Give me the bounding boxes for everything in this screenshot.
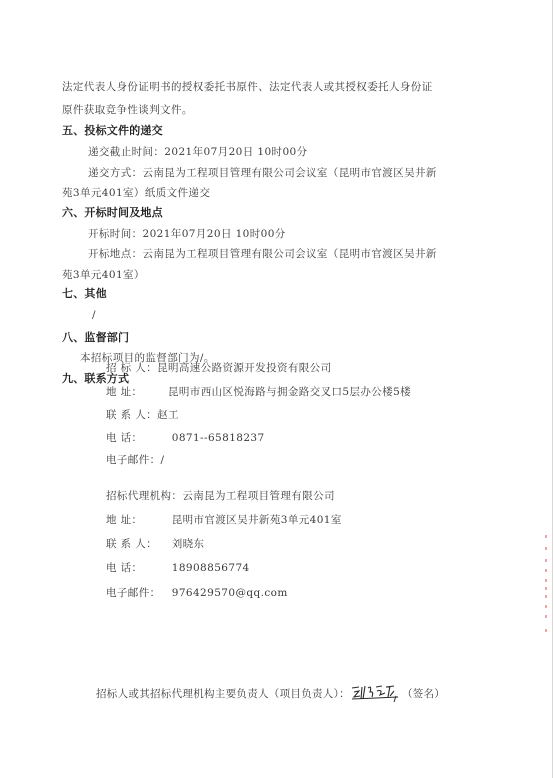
agency-contact-label: 联 系 人： bbox=[106, 537, 168, 551]
agency-contact: 联 系 人： 刘晓东 bbox=[106, 537, 204, 551]
agency-name: 招标代理机构：云南昆为工程项目管理有限公司 bbox=[106, 489, 335, 503]
agency-name-label: 招标代理机构： bbox=[106, 489, 182, 503]
submission-deadline: 递交截止时间：2021年07月20日 10时00分 bbox=[88, 145, 308, 159]
agency-address: 地 址： 昆明市官渡区吴井新苑3单元401室 bbox=[106, 513, 342, 527]
tenderer-contact-value: 赵工 bbox=[157, 409, 179, 421]
agency-address-label: 地 址： bbox=[106, 513, 168, 527]
section-6-heading: 六、开标时间及地点 bbox=[62, 206, 163, 220]
agency-email-value: 976429570@qq.com bbox=[168, 587, 288, 599]
tenderer-email: 电子邮件：/ bbox=[106, 453, 164, 467]
opening-place-line-2: 苑3单元401室） bbox=[62, 268, 145, 282]
tenderer-email-value: / bbox=[161, 454, 165, 466]
agency-address-value: 昆明市官渡区吴井新苑3单元401室 bbox=[168, 514, 342, 526]
agency-contact-value: 刘晓东 bbox=[168, 538, 204, 550]
tenderer-contact: 联 系 人：赵工 bbox=[106, 408, 179, 422]
agency-email-label: 电子邮件： bbox=[106, 586, 168, 600]
tenderer-phone-value: 0871--65818237 bbox=[168, 432, 265, 444]
tenderer-name: 招 标 人：昆明高速公路资源开发投资有限公司 bbox=[106, 361, 331, 375]
page-edge-stamp-marks bbox=[545, 535, 549, 635]
document-page: 法定代表人身份证明书的授权委托书原件、法定代表人或其授权委托人身份证 原件获取竞… bbox=[0, 0, 553, 778]
signature-suffix: （签名） bbox=[402, 688, 445, 700]
tenderer-phone-label: 电 话： bbox=[106, 431, 168, 445]
agency-phone-value: 18908856774 bbox=[168, 562, 250, 574]
handwritten-signature-icon bbox=[350, 683, 402, 701]
section-8-heading: 八、监督部门 bbox=[62, 331, 129, 345]
tenderer-address: 地 址：昆明市西山区悦海路与拥金路交叉口5层办公楼5楼 bbox=[106, 385, 411, 399]
intro-line-1: 法定代表人身份证明书的授权委托书原件、法定代表人或其授权委托人身份证 bbox=[62, 80, 433, 94]
section-7-heading: 七、其他 bbox=[62, 287, 107, 301]
opening-time: 开标时间：2021年07月20日 10时00分 bbox=[88, 227, 286, 241]
signature-prefix: 招标人或其招标代理机构主要负责人（项目负责人）： bbox=[96, 688, 350, 700]
agency-email: 电子邮件： 976429570@qq.com bbox=[106, 586, 288, 600]
submission-method-line-2: 苑3单元401室）纸质文件递交 bbox=[62, 186, 210, 200]
tenderer-address-value: 昆明市西山区悦海路与拥金路交叉口5层办公楼5楼 bbox=[168, 386, 411, 398]
section-5-heading: 五、投标文件的递交 bbox=[62, 124, 163, 138]
agency-phone: 电 话： 18908856774 bbox=[106, 561, 250, 575]
tenderer-name-value: 昆明高速公路资源开发投资有限公司 bbox=[157, 362, 331, 374]
tenderer-name-label: 招 标 人： bbox=[106, 361, 157, 375]
intro-line-2: 原件获取竞争性谈判文件。 bbox=[62, 103, 193, 117]
agency-phone-label: 电 话： bbox=[106, 561, 168, 575]
signature-line: 招标人或其招标代理机构主要负责人（项目负责人）： （签名） bbox=[96, 683, 445, 701]
agency-name-value: 云南昆为工程项目管理有限公司 bbox=[182, 490, 335, 502]
opening-place-line-1: 开标地点：云南昆为工程项目管理有限公司会议室（昆明市官渡区吴井新 bbox=[88, 247, 437, 261]
submission-method-line-1: 递交方式：云南昆为工程项目管理有限公司会议室（昆明市官渡区吴井新 bbox=[88, 166, 437, 180]
tenderer-contact-label: 联 系 人： bbox=[106, 408, 157, 422]
tenderer-phone: 电 话： 0871--65818237 bbox=[106, 431, 265, 445]
section-7-content: / bbox=[92, 308, 96, 322]
tenderer-address-label: 地 址： bbox=[106, 385, 168, 399]
tenderer-email-label: 电子邮件： bbox=[106, 453, 161, 467]
